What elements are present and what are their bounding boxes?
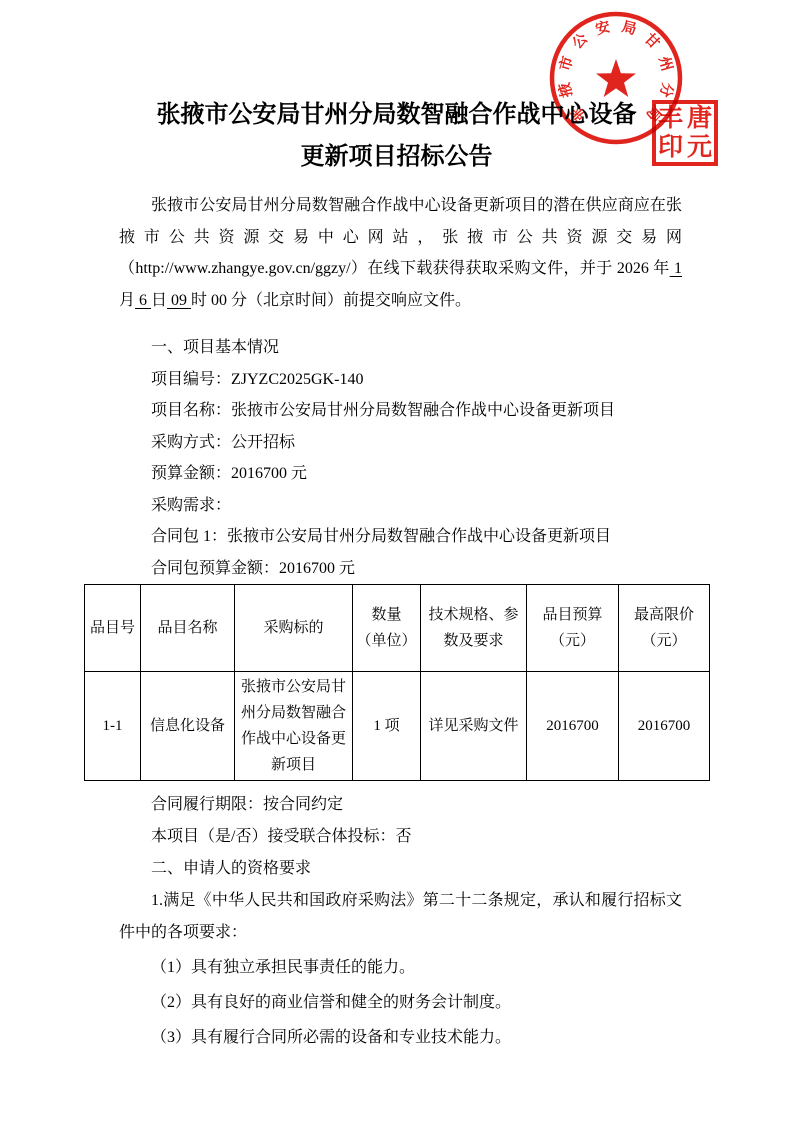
qualification-heading: 二、申请人的资格要求: [119, 853, 682, 885]
basic-info-lines: 项目编号：ZJYZC2025GK-140项目名称：张掖市公安局甘州分局数智融合作…: [119, 364, 682, 585]
table-cell: 2016700: [527, 672, 619, 781]
after-table-section: 合同履行期限：按合同约定 本项目（是/否）接受联合体投标：否 二、申请人的资格要…: [119, 789, 682, 1054]
table-header-row: 品目号品目名称采购标的数量 （单位）技术规格、参数及要求品目预算 （元）最高限价…: [85, 585, 710, 672]
info-line: 项目编号：ZJYZC2025GK-140: [119, 364, 682, 396]
table-header-cell: 品目预算 （元）: [527, 585, 619, 672]
contract-term-line: 合同履行期限：按合同约定: [119, 789, 682, 821]
items-table-body: 1-1信息化设备张掖市公安局甘州分局数智融合作战中心设备更新项目1 项详见采购文…: [85, 672, 710, 781]
qualification-item: （3）具有履行合同所必需的设备和专业技术能力。: [119, 1022, 682, 1054]
qualification-item: （2）具有良好的商业信誉和健全的财务会计制度。: [119, 987, 682, 1019]
table-row: 1-1信息化设备张掖市公安局甘州分局数智融合作战中心设备更新项目1 项详见采购文…: [85, 672, 710, 781]
intro-underlined-value: 1: [670, 260, 682, 277]
info-line: 采购方式：公开招标: [119, 427, 682, 459]
info-line: 项目名称：张掖市公安局甘州分局数智融合作战中心设备更新项目: [119, 395, 682, 427]
intro-paragraph: 张掖市公安局甘州分局数智融合作战中心设备更新项目的潜在供应商应在张掖市公共资源交…: [119, 190, 682, 316]
qualification-intro: 1.满足《中华人民共和国政府采购法》第二十二条规定，承认和履行招标文件中的各项要…: [119, 885, 682, 949]
table-header-cell: 品目名称: [141, 585, 235, 672]
intro-text: 月: [119, 292, 135, 309]
table-header-cell: 技术规格、参数及要求: [421, 585, 527, 672]
table-header-cell: 采购标的: [235, 585, 353, 672]
title-line-2: 更新项目招标公告: [0, 136, 793, 178]
intro-text: 张掖市公安局甘州分局数智融合作战中心设备更新项目的潜在供应商应在张掖市公共资源交…: [119, 197, 682, 277]
info-line: 合同包预算金额：2016700 元: [119, 553, 682, 585]
table-header-cell: 最高限价 （元）: [619, 585, 710, 672]
info-line: 预算金额：2016700 元: [119, 458, 682, 490]
table-header-cell: 数量 （单位）: [353, 585, 421, 672]
qualification-item: （1）具有独立承担民事责任的能力。: [119, 952, 682, 984]
table-cell: 1-1: [85, 672, 141, 781]
basic-info-section: 一、项目基本情况 项目编号：ZJYZC2025GK-140项目名称：张掖市公安局…: [119, 332, 682, 584]
document-page: 张掖市公安局甘州分局 丰唐印元 张掖市公安局甘州分局数智融合作战中心设备 更新项…: [0, 0, 793, 1122]
joint-bid-line: 本项目（是/否）接受联合体投标：否: [119, 821, 682, 853]
table-header-cell: 品目号: [85, 585, 141, 672]
table-cell: 2016700: [619, 672, 710, 781]
info-line: 合同包 1：张掖市公安局甘州分局数智融合作战中心设备更新项目: [119, 521, 682, 553]
table-cell: 张掖市公安局甘州分局数智融合作战中心设备更新项目: [235, 672, 353, 781]
info-line: 采购需求：: [119, 490, 682, 522]
table-cell: 详见采购文件: [421, 672, 527, 781]
items-table-head: 品目号品目名称采购标的数量 （单位）技术规格、参数及要求品目预算 （元）最高限价…: [85, 585, 710, 672]
table-cell: 1 项: [353, 672, 421, 781]
intro-text: 时 00 分（北京时间）前提交响应文件。: [191, 292, 471, 309]
intro-text: 日: [151, 292, 167, 309]
qualification-items: （1）具有独立承担民事责任的能力。（2）具有良好的商业信誉和健全的财务会计制度。…: [119, 952, 682, 1054]
intro-underlined-value: 6: [135, 292, 151, 309]
table-cell: 信息化设备: [141, 672, 235, 781]
basic-info-heading: 一、项目基本情况: [119, 332, 682, 364]
intro-underlined-value: 09: [167, 292, 191, 309]
items-table-wrapper: 品目号品目名称采购标的数量 （单位）技术规格、参数及要求品目预算 （元）最高限价…: [84, 584, 793, 781]
page-title: 张掖市公安局甘州分局数智融合作战中心设备 更新项目招标公告: [0, 0, 793, 178]
title-line-1: 张掖市公安局甘州分局数智融合作战中心设备: [0, 94, 793, 136]
items-table: 品目号品目名称采购标的数量 （单位）技术规格、参数及要求品目预算 （元）最高限价…: [84, 584, 710, 781]
